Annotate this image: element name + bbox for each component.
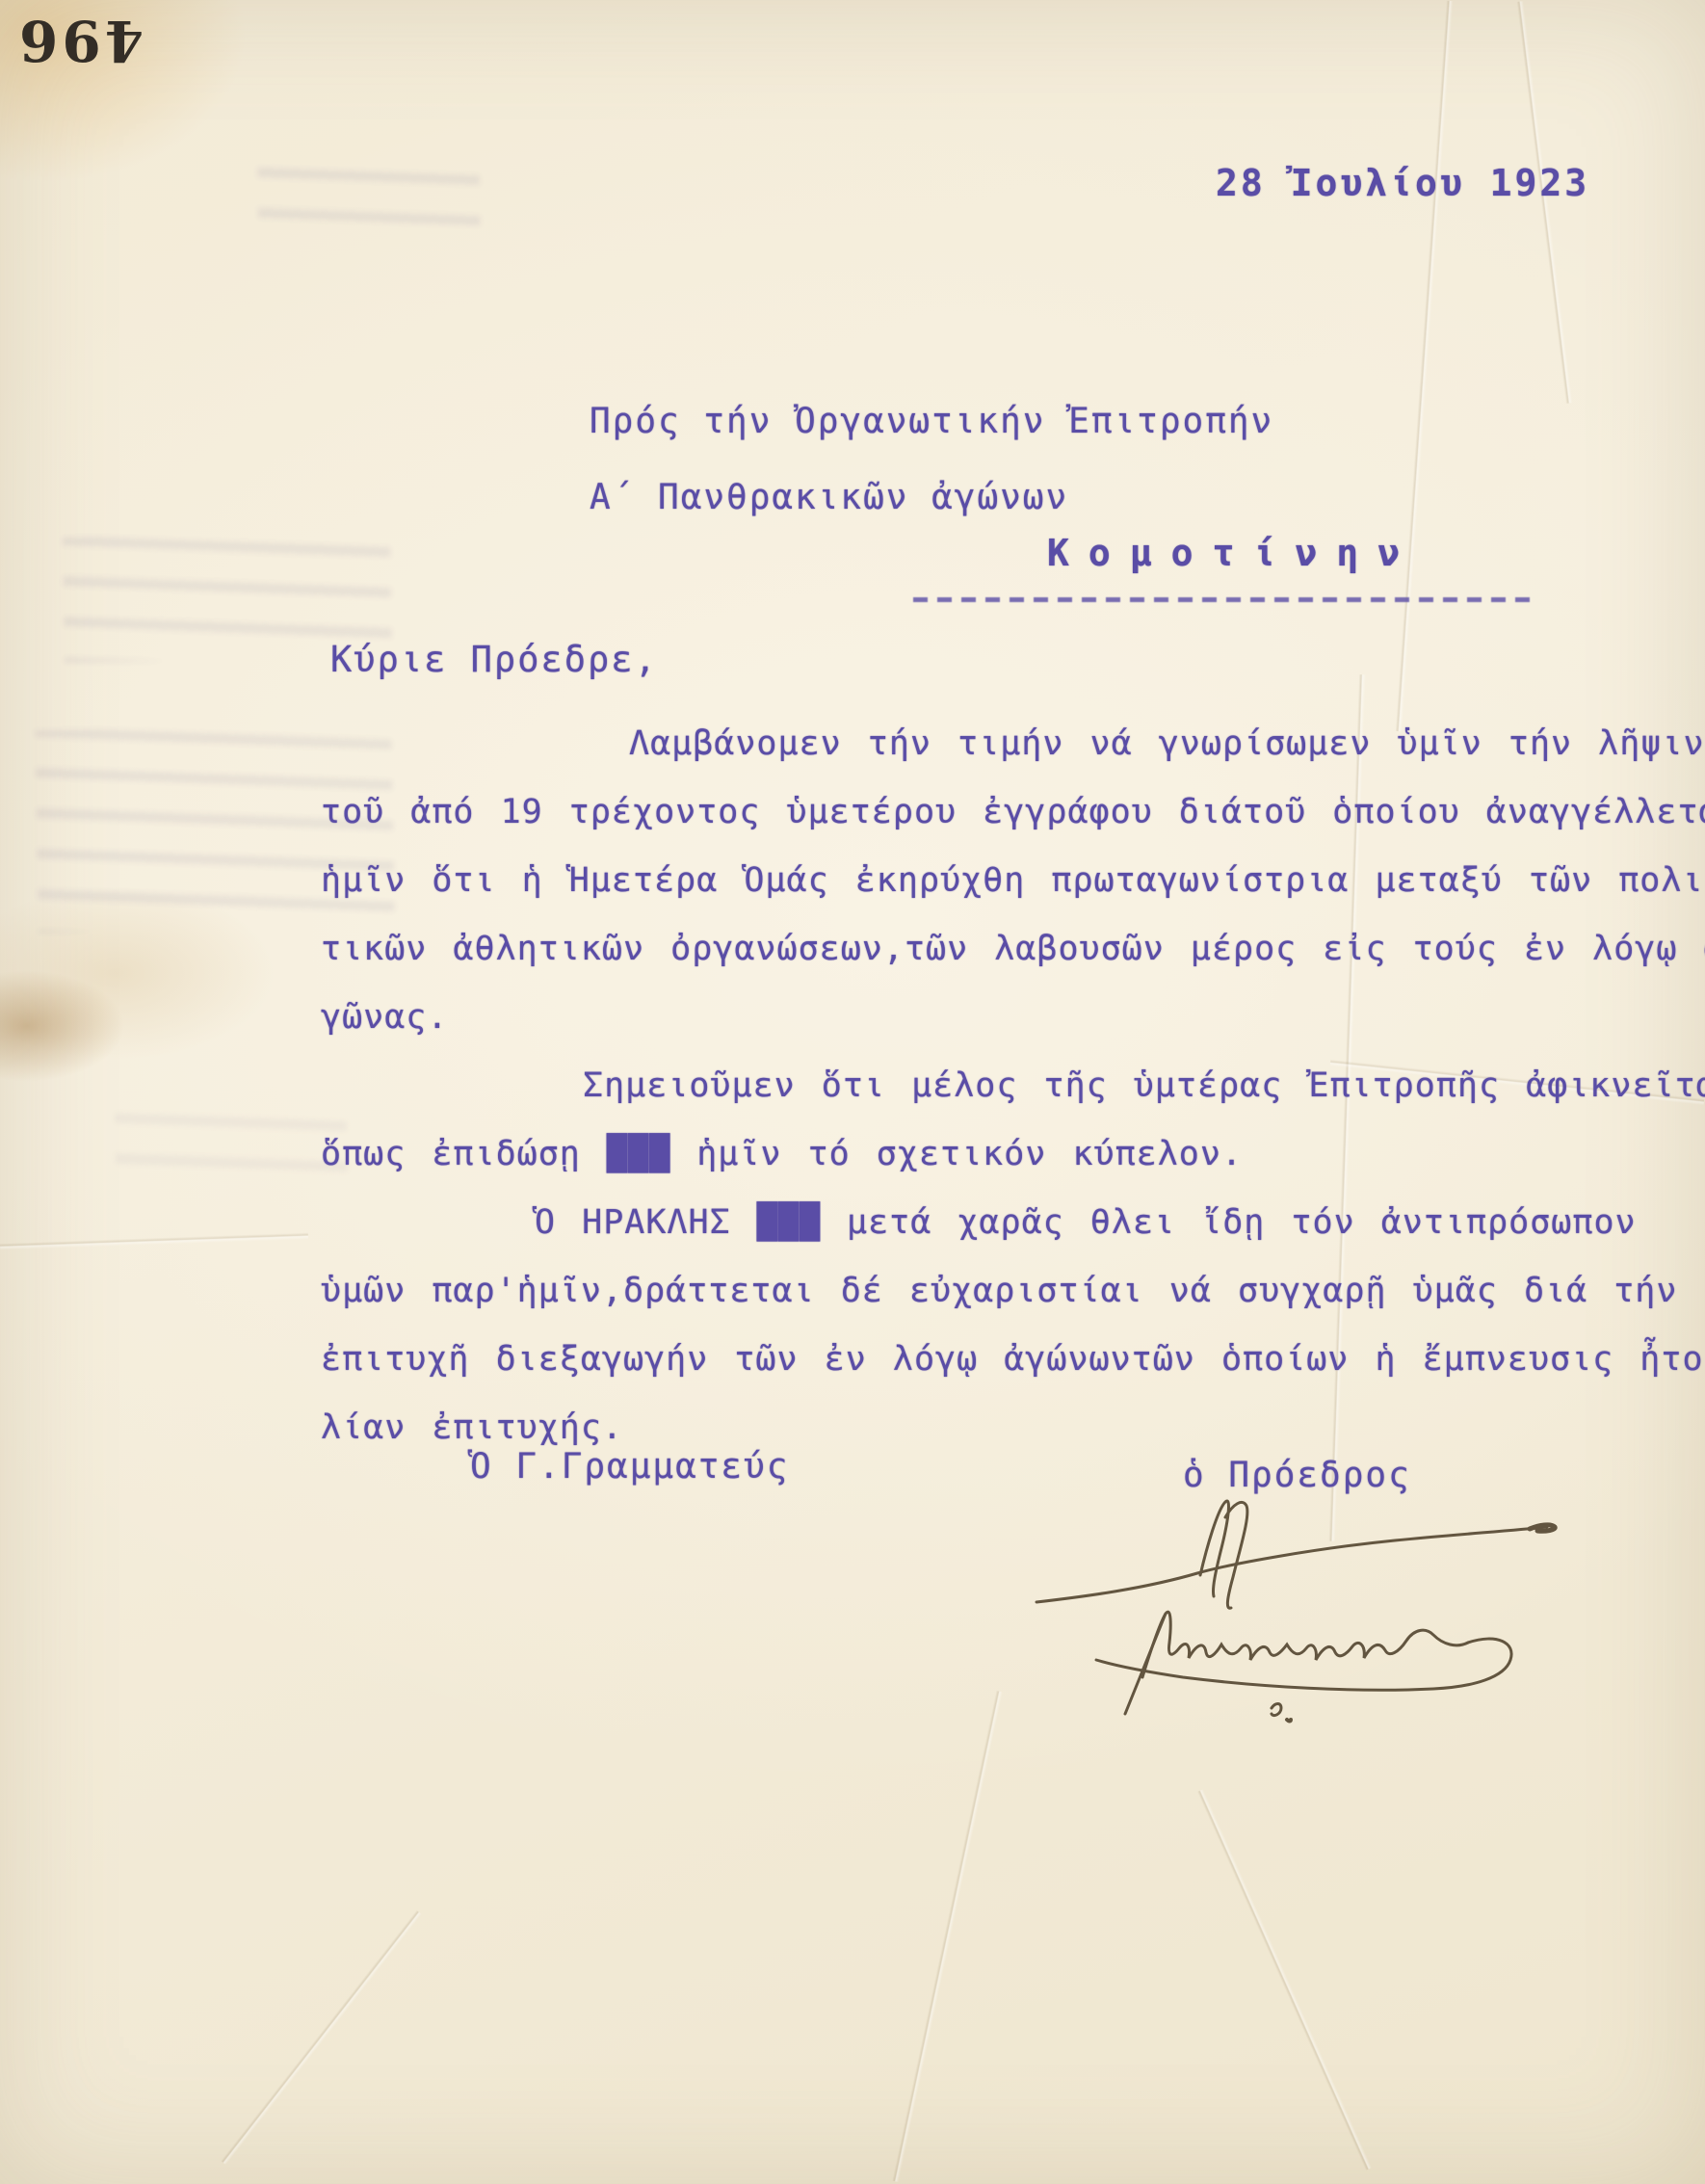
recipient-line1: Πρός τήν Ὀργανωτικήν Ἐπιτροπήν	[590, 383, 1273, 460]
body-line: Λαμβάνομεν τήν τιμήν νά γνωρίσωμεν ὑμῖν …	[321, 710, 1705, 778]
secretary-title: Ὁ Γ.Γραμματεύς	[470, 1447, 789, 1487]
body-line: ἐπιτυχῆ διεξαγωγήν τῶν ἐν λόγῳ ἀγώνωντῶν…	[321, 1326, 1705, 1394]
bleed-through-ghost-text	[115, 1106, 347, 1187]
reference-number: 496	[15, 8, 144, 73]
letter-body: Λαμβάνομεν τήν τιμήν νά γνωρίσωμεν ὑμῖν …	[321, 710, 1705, 1462]
recipient-line2: Α΄ Πανθρακικῶν ἀγώνων	[590, 460, 1273, 536]
date-line: 28 Ἰουλίου 1923	[1216, 162, 1589, 204]
body-line: Ὁ ΗΡΑΚΛΗΣ ███ μετά χαρᾶς θλει ἴδῃ τόν ἀν…	[321, 1189, 1705, 1257]
president-signature	[1029, 1488, 1568, 1729]
bleed-through-ghost-text	[257, 160, 480, 231]
paper-crease	[0, 1232, 308, 1250]
city-underline	[913, 597, 1537, 602]
body-line: Σημειοῦμεν ὅτι μέλος τῆς ὑμτέρας Ἐπιτροπ…	[321, 1052, 1705, 1120]
body-line: τοῦ ἀπό 19 τρέχοντος ὑμετέρου ἐγγράφου δ…	[321, 778, 1705, 847]
letter-page: 496 28 Ἰουλίου 1923 Πρός τήν Ὀργανωτικήν…	[0, 0, 1705, 2184]
paper-crease	[1197, 1789, 1372, 2171]
body-line: ὅπως ἐπιδώσῃ ███ ἡμῖν τό σχετικόν κύπελο…	[321, 1120, 1705, 1189]
paper-crease	[221, 1910, 422, 2165]
body-line: γῶνας.	[321, 984, 1705, 1052]
recipient-block: Πρός τήν Ὀργανωτικήν Ἐπιτροπήν Α΄ Πανθρα…	[590, 383, 1273, 536]
body-line: ἡμῖν ὅτι ἡ Ἡμετέρα Ὁμάς ἐκηρύχθη πρωταγω…	[321, 847, 1705, 915]
paper-crease	[892, 1691, 1003, 2182]
body-line: ὑμῶν παρ'ἡμῖν,δράττεται δέ εὐχαριστίαι ν…	[321, 1257, 1705, 1326]
paper-crease	[1396, 1, 1454, 732]
salutation: Κύριε Πρόεδρε,	[330, 639, 658, 680]
recipient-city: Κομοτίνην	[915, 532, 1551, 574]
body-line: τικῶν ἀθλητικῶν ὀργανώσεων,τῶν λαβουσῶν …	[321, 915, 1705, 984]
